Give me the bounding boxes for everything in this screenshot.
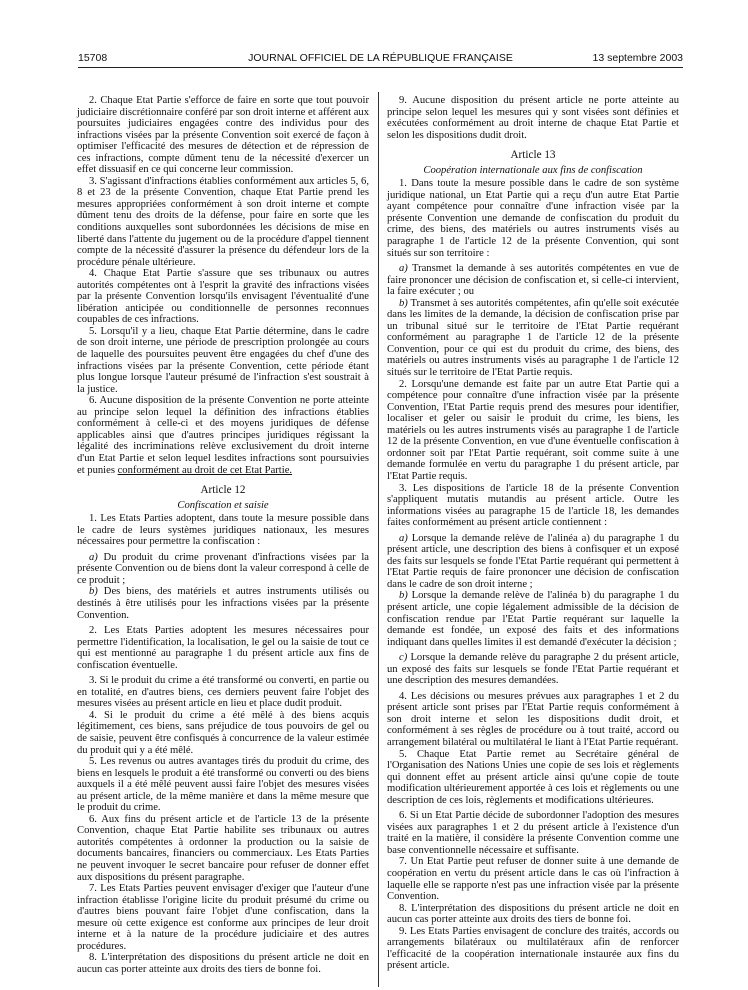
publication-date: 13 septembre 2003 bbox=[593, 52, 683, 64]
paragraph: 8. L'interprétation des dispositions du … bbox=[77, 952, 369, 975]
paragraph: 1. Les Etats Parties adoptent, dans tout… bbox=[77, 513, 369, 548]
paragraph: 3. S'agissant d'infractions établies con… bbox=[77, 176, 369, 268]
right-column: 9. Aucune disposition du présent article… bbox=[387, 95, 679, 972]
paragraph: 4. Si le produit du crime a été mêlé à d… bbox=[77, 710, 369, 756]
header-rule bbox=[78, 67, 683, 68]
paragraph: 6. Aucune disposition de la présente Con… bbox=[77, 395, 369, 476]
paragraph: 7. Les Etats Parties peuvent envisager d… bbox=[77, 883, 369, 952]
paragraph: 4. Les décisions ou mesures prévues aux … bbox=[387, 691, 679, 749]
paragraph: 9. Les Etats Parties envisagent de concl… bbox=[387, 926, 679, 972]
paragraph: 2. Chaque Etat Partie s'efforce de faire… bbox=[77, 95, 369, 176]
column-divider bbox=[378, 92, 379, 987]
paragraph: 3. Les dispositions de l'article 18 de l… bbox=[387, 483, 679, 529]
paragraph: 6. Aux fins du présent article et de l'a… bbox=[77, 814, 369, 883]
article-13-heading: Article 13 bbox=[387, 150, 679, 162]
paragraph: a) Lorsque la demande relève de l'alinéa… bbox=[387, 533, 679, 591]
page-header: 15708 JOURNAL OFFICIEL DE LA RÉPUBLIQUE … bbox=[78, 52, 683, 66]
left-column: 2. Chaque Etat Partie s'efforce de faire… bbox=[77, 95, 369, 975]
article-12-heading: Article 12 bbox=[77, 485, 369, 497]
paragraph: 2. Les Etats Parties adoptent les mesure… bbox=[77, 625, 369, 671]
underlined-text: conformément au droit de cet Etat Partie… bbox=[118, 465, 292, 476]
paragraph: 4. Chaque Etat Partie s'assure que ses t… bbox=[77, 268, 369, 326]
paragraph: 2. Lorsqu'une demande est faite par un a… bbox=[387, 379, 679, 483]
paragraph: a) Du produit du crime provenant d'infra… bbox=[77, 552, 369, 587]
paragraph: a) Transmet la demande à ses autorités c… bbox=[387, 263, 679, 298]
paragraph: 3. Si le produit du crime a été transfor… bbox=[77, 675, 369, 710]
paragraph: b) Transmet à ses autorités compétentes,… bbox=[387, 298, 679, 379]
paragraph: b) Des biens, des matériels et autres in… bbox=[77, 586, 369, 621]
paragraph: 7. Un Etat Partie peut refuser de donner… bbox=[387, 856, 679, 902]
paragraph: 5. Chaque Etat Partie remet au Secrétair… bbox=[387, 749, 679, 807]
paragraph: 5. Lorsqu'il y a lieu, chaque Etat Parti… bbox=[77, 326, 369, 395]
paragraph: 5. Les revenus ou autres avantages tirés… bbox=[77, 756, 369, 814]
article-13-subtitle: Coopération internationale aux fins de c… bbox=[387, 165, 679, 177]
paragraph: c) Lorsque la demande relève du paragrap… bbox=[387, 652, 679, 687]
paragraph: b) Lorsque la demande relève de l'alinéa… bbox=[387, 590, 679, 648]
paragraph: 9. Aucune disposition du présent article… bbox=[387, 95, 679, 141]
paragraph: 8. L'interprétation des dispositions du … bbox=[387, 903, 679, 926]
paragraph: 6. Si un Etat Partie décide de subordonn… bbox=[387, 810, 679, 856]
article-12-subtitle: Confiscation et saisie bbox=[77, 500, 369, 512]
paragraph: 1. Dans toute la mesure possible dans le… bbox=[387, 178, 679, 259]
